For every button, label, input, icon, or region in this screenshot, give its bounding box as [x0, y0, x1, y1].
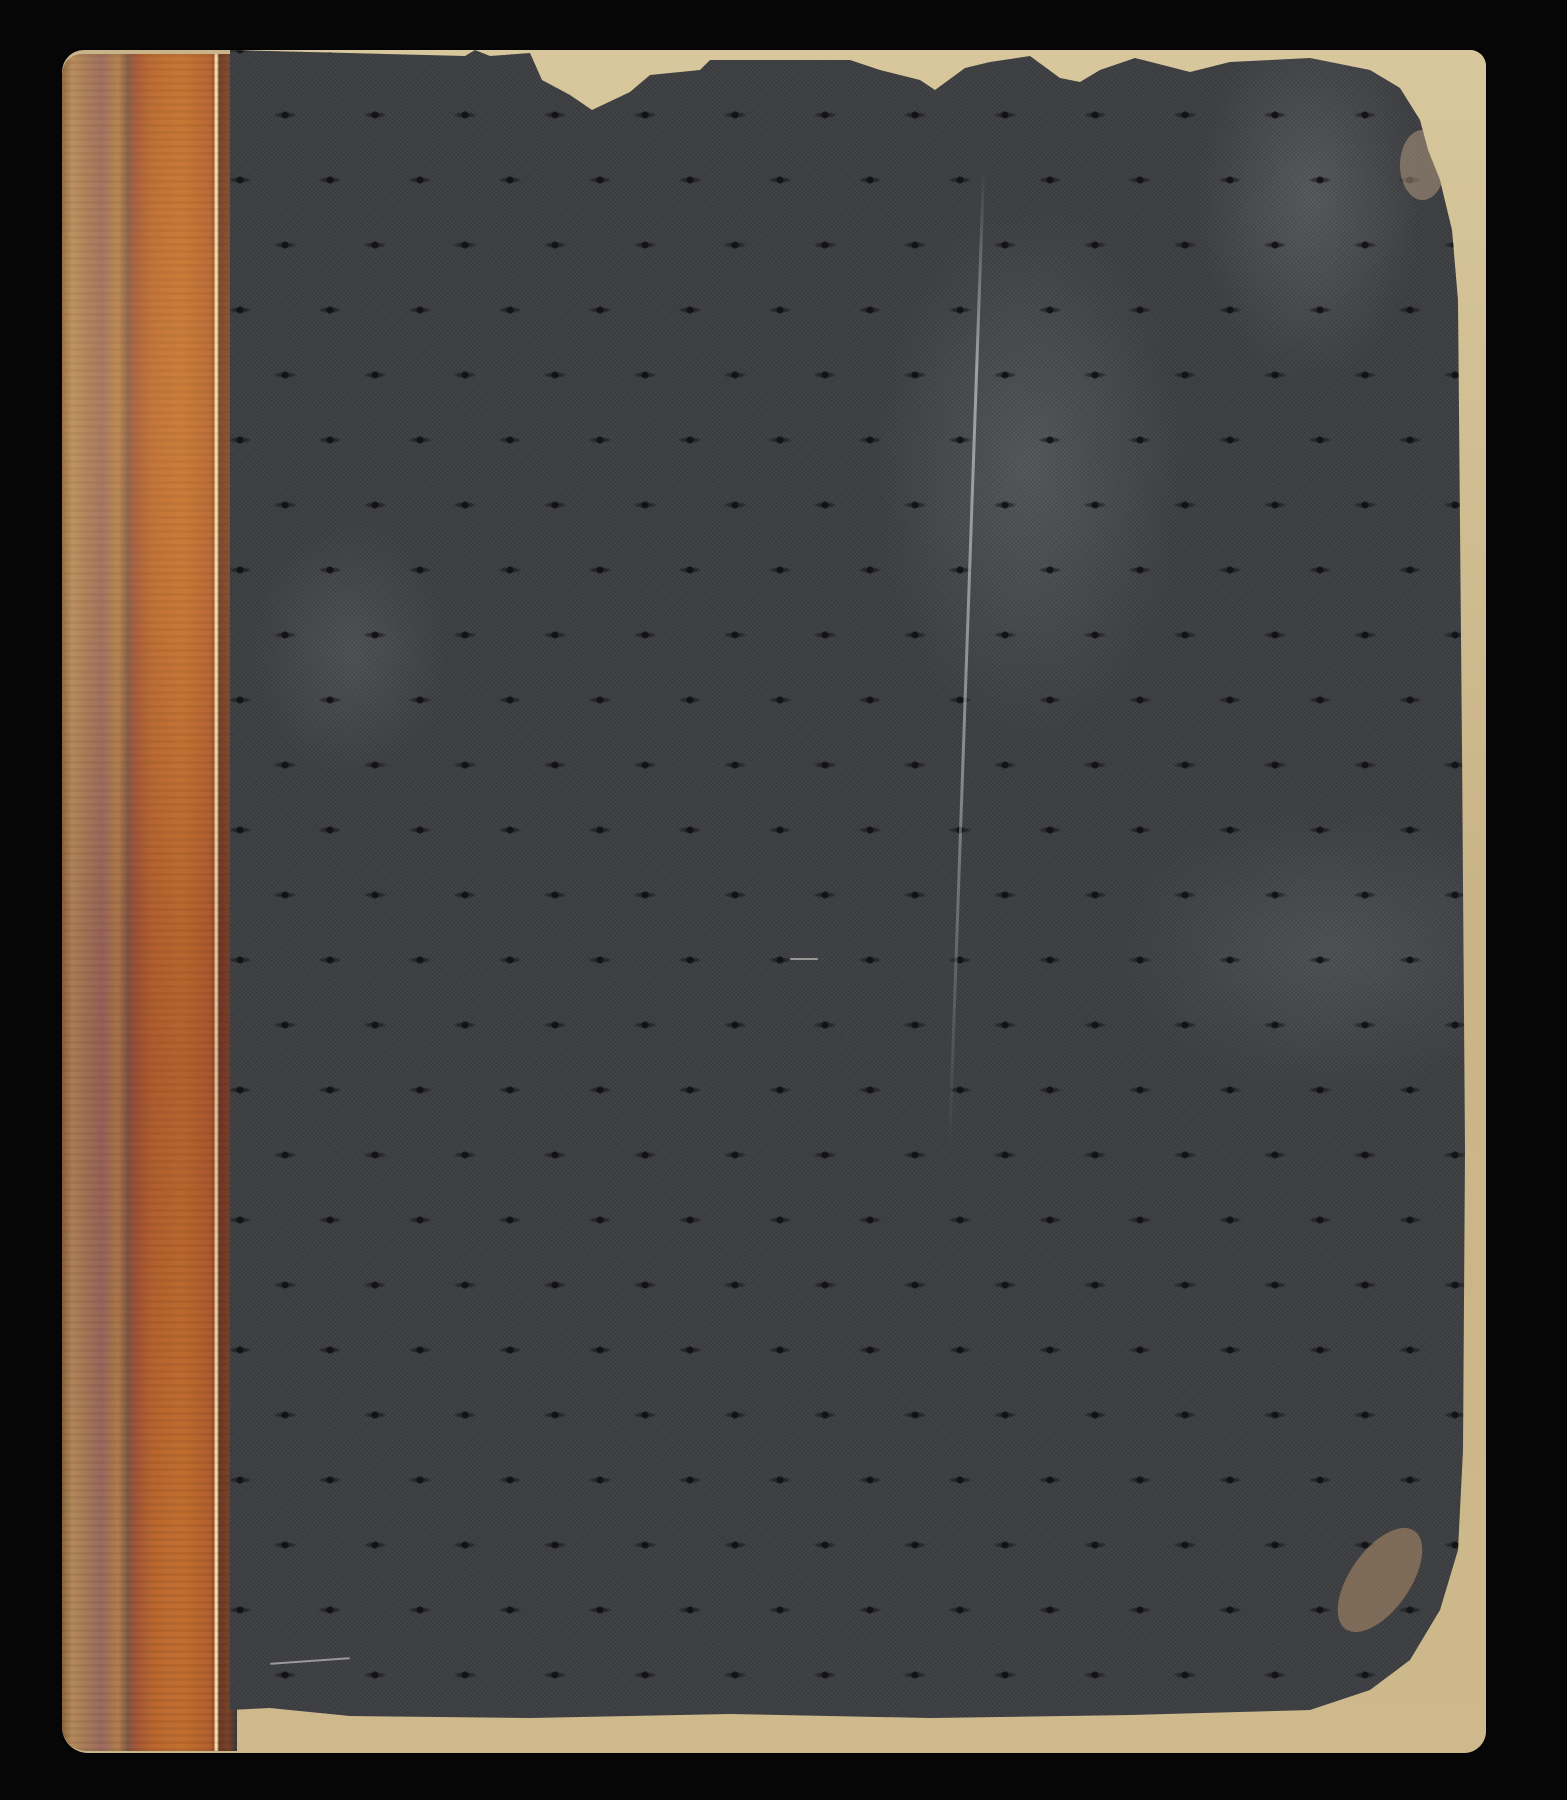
book — [62, 50, 1486, 1753]
cloth-cover — [230, 50, 1465, 1720]
book-spine-leather — [62, 54, 237, 1751]
embossed-star-pattern — [230, 50, 1465, 1720]
scuff-mark — [790, 958, 818, 960]
